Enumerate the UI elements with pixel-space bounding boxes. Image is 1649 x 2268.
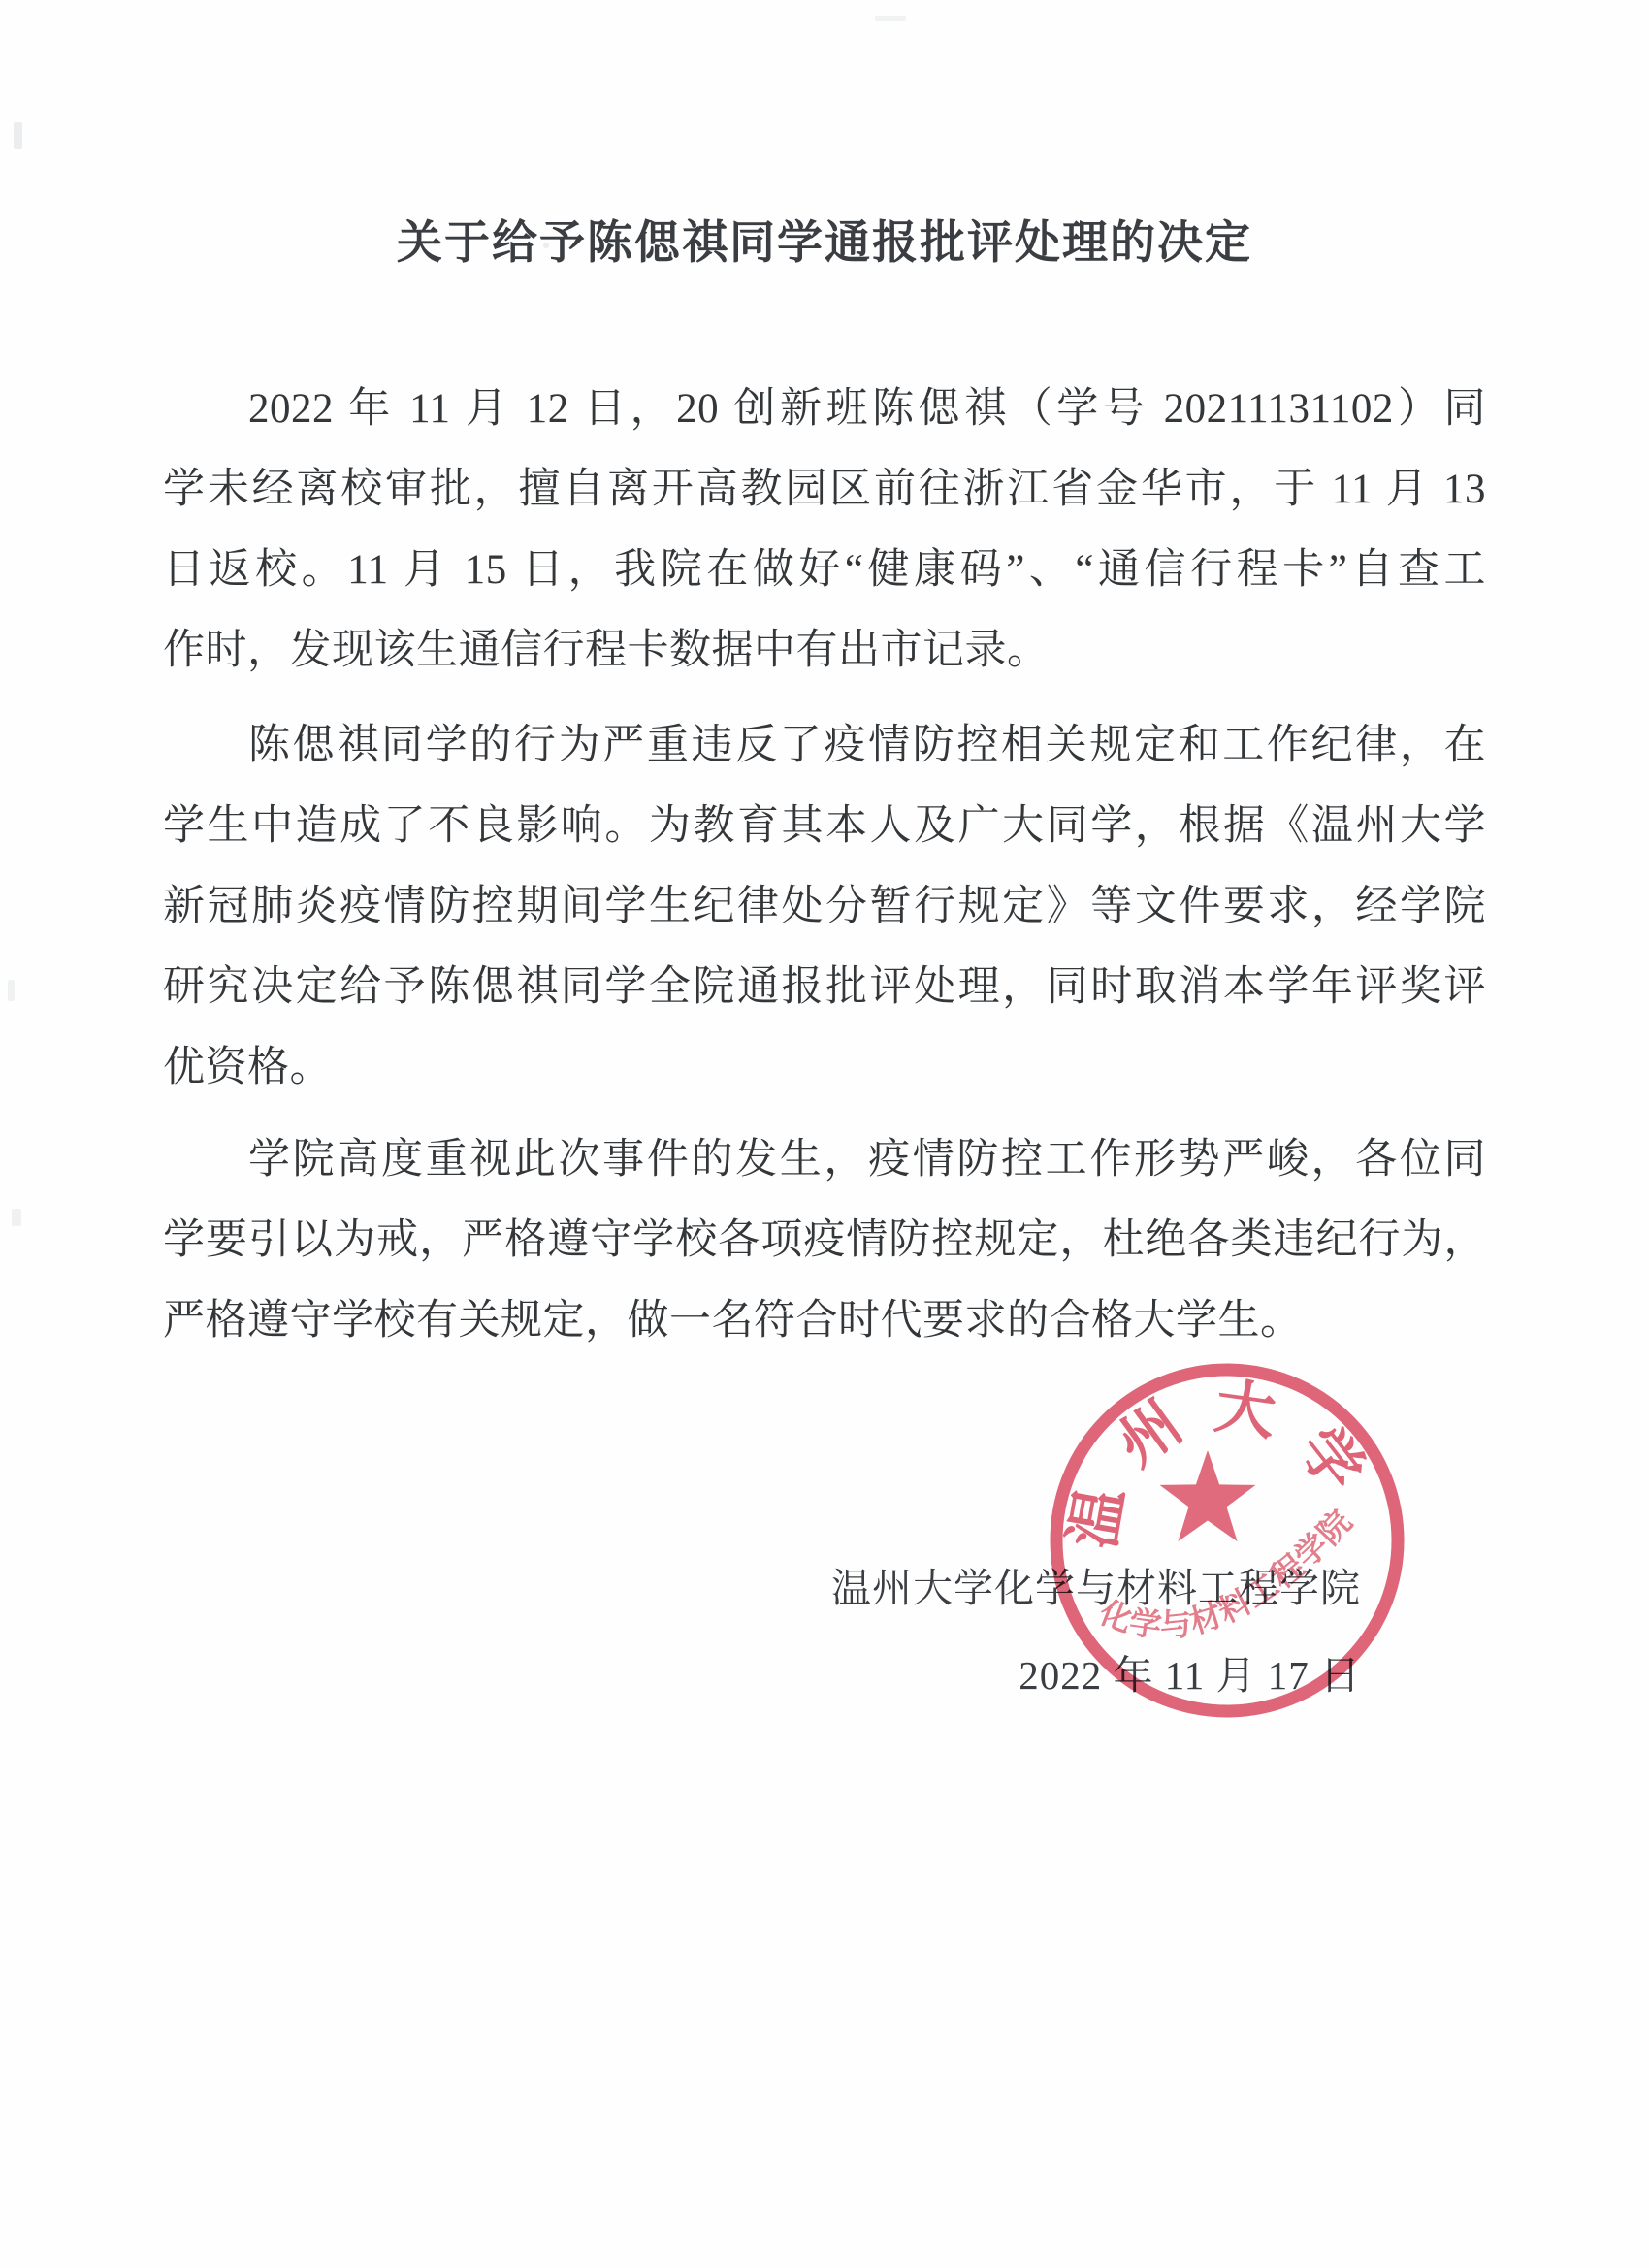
document-title: 关于给予陈偲祺同学通报批评处理的决定 [0, 207, 1649, 272]
body-line: 严格遵守学校有关规定，做一名符合时代要求的合格大学生。 [163, 1280, 1486, 1361]
body-line: 日返校。11 月 15 日，我院在做好“健康码”、“通信行程卡”自查工 [163, 530, 1486, 610]
stamp-university-char: 大 [1211, 1374, 1279, 1447]
signature-line: 温州大学化学与材料工程学院 [831, 1556, 1361, 1613]
stamp-university-char: 州 [1107, 1390, 1194, 1478]
stamp-university-char: 学 [1285, 1415, 1375, 1504]
body-line: 2022 年 11 月 12 日，20 创新班陈偲祺（学号 2021113110… [163, 369, 1486, 449]
body-line: 学生中造成了不良影响。为教育其本人及广大同学，根据《温州大学 [163, 786, 1486, 866]
body-line: 陈偲祺同学的行为严重违反了疫情防控相关规定和工作纪律，在 [163, 705, 1486, 786]
body-line: 优资格。 [163, 1027, 1486, 1108]
body-line: 学要引以为戒，严格遵守学校各项疫情防控规定，杜绝各类违纪行为， [163, 1200, 1486, 1280]
body-line: 学未经离校审批，擅自离开高教园区前往浙江省金华市，于 11 月 13 [163, 449, 1486, 530]
body-line: 新冠肺炎疫情防控期间学生纪律处分暂行规定》等文件要求，经学院 [163, 866, 1486, 947]
scan-artifact [543, 243, 549, 248]
scan-artifact [14, 122, 22, 149]
document-page: 关于给予陈偲祺同学通报批评处理的决定 2022 年 11 月 12 日，20 创… [0, 0, 1649, 2268]
body-line: 作时，发现该生通信行程卡数据中有出市记录。 [163, 610, 1486, 691]
stamp-university-char: 温 [1060, 1482, 1136, 1553]
body-line: 研究决定给予陈偲祺同学全院通报批评处理，同时取消本学年评奖评 [163, 947, 1486, 1027]
body-line: 学院高度重视此次事件的发生，疫情防控工作形势严峻，各位同 [163, 1119, 1486, 1200]
document-body: 2022 年 11 月 12 日，20 创新班陈偲祺（学号 2021113110… [163, 369, 1486, 1361]
stamp-star-icon [1160, 1450, 1256, 1541]
scan-artifact [8, 980, 15, 1001]
scan-artifact [12, 1209, 21, 1226]
date-line: 2022 年 11 月 17 日 [1018, 1643, 1361, 1701]
scan-artifact [875, 16, 906, 21]
